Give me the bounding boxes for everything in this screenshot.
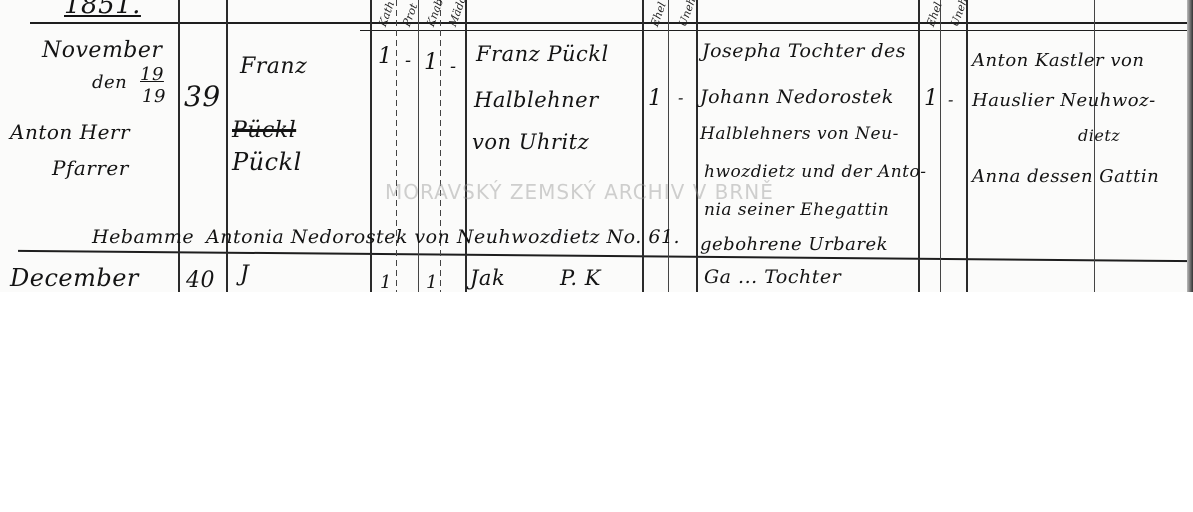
female-dash: - [450, 56, 457, 77]
illegitimate-dash: - [678, 88, 684, 107]
next-entry-child-name: J [240, 262, 249, 287]
column-header: Ehel [648, 0, 669, 28]
column-rule [940, 0, 941, 292]
male-mark: 1 [424, 50, 439, 75]
column-header: Ehel [924, 0, 945, 28]
godparent-line: Hauslier Neuhwoz- [972, 90, 1156, 111]
year-heading: 1851. [64, 0, 141, 20]
catholic-mark: 1 [378, 44, 393, 69]
next-entry-sex: 1 [426, 272, 438, 292]
entry-day-born: 19 [140, 64, 164, 85]
header-rule [30, 22, 1193, 24]
entry-separator-rule [18, 250, 1193, 262]
child-surname-struck: Pückl [232, 118, 296, 143]
godparent-line: Anna dessen Gattin [972, 166, 1159, 187]
father-residence: von Uhritz [472, 130, 589, 154]
column-rule [642, 0, 644, 292]
mother-line: Halblehners von Neu- [700, 124, 899, 144]
priest-title: Pfarrer [52, 156, 129, 180]
column-header: Unehel [948, 0, 974, 28]
next-entry-month: December [10, 264, 139, 292]
midwife-name: Antonia Nedorostek von Neuhwozdietz No. … [206, 226, 680, 248]
entry-day-prefix: den [92, 72, 127, 93]
mother-line: Johann Nedorostek [700, 86, 894, 108]
archive-watermark: MORAVSKÝ ZEMSKÝ ARCHIV V BRNĚ [385, 180, 774, 204]
midwife-label: Hebamme [92, 226, 194, 248]
column-header: Unehel [676, 0, 702, 28]
child-surname: Pückl [232, 148, 302, 176]
column-header: Knabe [424, 0, 448, 28]
protestant-dash: - [405, 50, 412, 71]
column-rule [1094, 0, 1095, 292]
column-rule [226, 0, 228, 292]
column-rule [966, 0, 968, 292]
column-header: Kath [376, 0, 397, 28]
entry-month: November [42, 38, 162, 63]
child-first-name: Franz [240, 54, 307, 79]
column-rule [396, 0, 397, 292]
house-number: 39 [184, 80, 221, 113]
column-rule [696, 0, 698, 292]
next-entry-house-number: 40 [186, 268, 215, 292]
register-scan: 1851. Kath Prot Knabe Mädchen Ehel Unehe… [0, 0, 1193, 292]
next-entry-father: Jak [470, 266, 505, 290]
column-rule [418, 0, 419, 292]
entry-day-baptized: 19 [142, 86, 166, 107]
next-entry-mother: Ga ... Tochter [704, 266, 841, 288]
column-rule [178, 0, 180, 292]
column-rule [440, 0, 441, 292]
column-rule [370, 0, 372, 292]
header-rule-lower [360, 30, 1193, 31]
godparent-line: Anton Kastler von [972, 50, 1144, 71]
priest-name: Anton Herr [10, 120, 130, 144]
mother-line: hwozdietz und der Anto- [704, 162, 926, 182]
column-rule [465, 0, 467, 292]
column-rule [918, 0, 920, 292]
father-name: Franz Pückl [476, 42, 609, 66]
page-edge-shadow [1187, 0, 1193, 292]
next-entry-father-detail: P. K [560, 266, 601, 290]
mother-line: Josepha Tochter des [702, 40, 906, 62]
mother-dash: - [948, 90, 954, 109]
next-entry-religion: 1 [380, 272, 392, 292]
column-rule [668, 0, 669, 292]
mother-mark: 1 [924, 86, 939, 111]
godparent-line: dietz [1078, 126, 1120, 145]
column-header: Mädchen [446, 0, 476, 28]
father-occupation: Halblehner [474, 88, 599, 112]
legitimate-mark: 1 [648, 86, 663, 111]
mother-line: gebohrene Urbarek [700, 234, 888, 255]
